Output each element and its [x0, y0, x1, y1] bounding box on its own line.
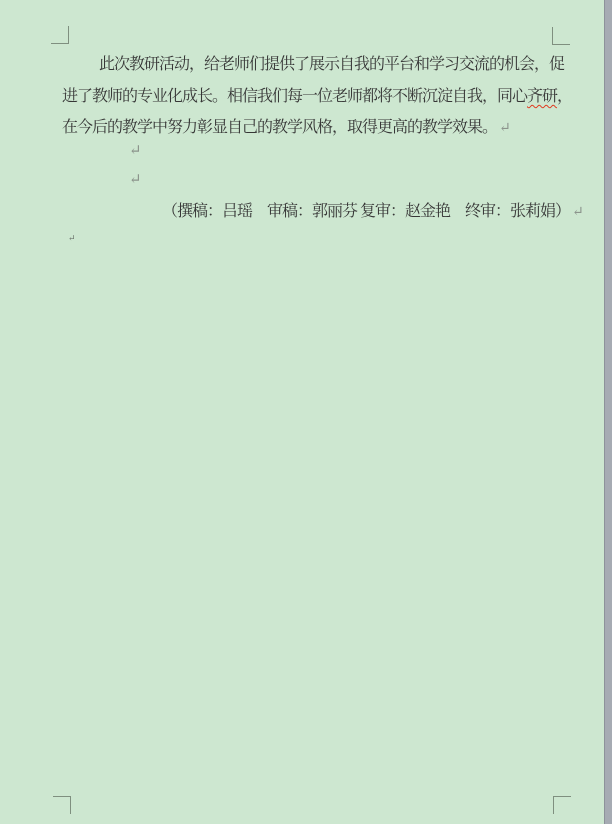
body-text-line-3[interactable]: 在今后的教学中努力彰显自己的教学风格，取得更高的教学效果。↵: [62, 118, 511, 139]
body-text-line-2-text: 进了教师的专业化成长。相信我们每一位老师都将不断沉淀自我，同心: [62, 88, 527, 105]
paragraph-mark-icon: ↵: [572, 205, 584, 220]
text-boundary-mark-top-right: [552, 27, 570, 45]
byline-text[interactable]: （撰稿：吕瑶 审稿：郭丽芬 复审：赵金艳 终审：张莉娟）↵: [162, 202, 584, 223]
text-boundary-mark-top-left: [51, 26, 69, 44]
text-boundary-mark-bottom-left: [53, 796, 71, 814]
body-text-line-2[interactable]: 进了教师的专业化成长。相信我们每一位老师都将不断沉淀自我，同心齐研，: [62, 87, 572, 107]
paragraph-mark-small-icon: ↵: [68, 234, 76, 243]
spellcheck-flagged-text[interactable]: 齐研: [527, 88, 557, 105]
window-edge-strip: [604, 0, 612, 824]
body-text-line-3-text: 在今后的教学中努力彰显自己的教学风格，取得更高的教学效果。: [62, 119, 497, 136]
paragraph-mark-icon: ↵: [499, 121, 511, 136]
body-text-line-2-tail: ，: [557, 88, 572, 105]
text-boundary-mark-bottom-right: [553, 796, 571, 814]
document-page[interactable]: 此次教研活动，给老师们提供了展示自我的平台和学习交流的机会，促 进了教师的专业化…: [0, 0, 612, 824]
body-text-line-1[interactable]: 此次教研活动，给老师们提供了展示自我的平台和学习交流的机会，促: [99, 55, 564, 75]
paragraph-mark-icon: ↵: [129, 173, 142, 188]
paragraph-mark-icon: ↵: [129, 144, 142, 159]
byline-text-content: （撰稿：吕瑶 审稿：郭丽芬 复审：赵金艳 终审：张莉娟）: [162, 203, 570, 220]
body-text-line-1-text: 此次教研活动，给老师们提供了展示自我的平台和学习交流的机会，促: [99, 56, 564, 73]
